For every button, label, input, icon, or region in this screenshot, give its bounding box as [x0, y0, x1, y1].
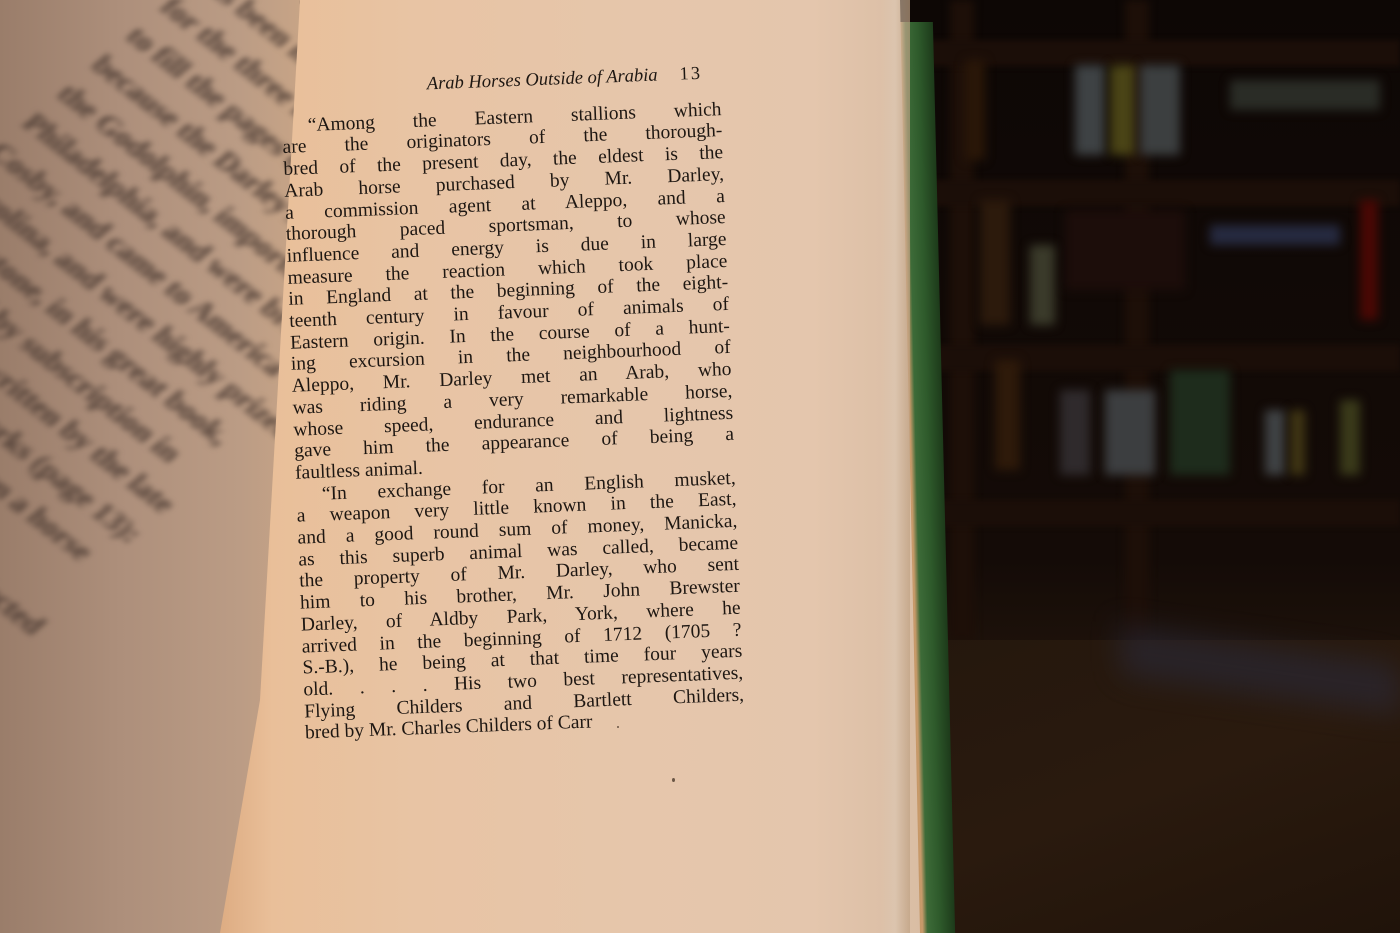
book-spine — [1060, 390, 1090, 475]
book-spine — [1210, 225, 1340, 245]
book-spine — [1170, 370, 1230, 475]
book-spine — [965, 60, 985, 160]
book-spine — [1230, 80, 1380, 110]
book-spine — [1110, 65, 1135, 155]
page-edge — [880, 0, 910, 933]
book-spine — [1340, 400, 1360, 475]
page-text-block: Arab Horses Outside of Arabia 13 “Among … — [280, 63, 745, 744]
paragraph-2: “In exchange for an English musket,a wea… — [296, 467, 746, 744]
book-spine — [1065, 210, 1185, 290]
book-spine — [1075, 65, 1105, 155]
shelf-board — [900, 345, 1400, 371]
book-spine — [980, 200, 1010, 325]
book-spine — [1105, 390, 1155, 475]
shelf-board — [900, 500, 1400, 526]
book-spine — [1265, 410, 1285, 475]
book-spine — [995, 360, 1020, 470]
book-spine — [1290, 410, 1305, 475]
book-spine — [1360, 200, 1378, 320]
book-spine — [1030, 245, 1055, 325]
background-bookshelf — [900, 0, 1400, 933]
book-spine — [1140, 65, 1180, 155]
page-number: 13 — [679, 64, 702, 87]
paper-speck — [672, 778, 675, 782]
shelf-board — [900, 180, 1400, 206]
paragraph-1: “Among the Eastern stallions whichare th… — [281, 99, 735, 485]
